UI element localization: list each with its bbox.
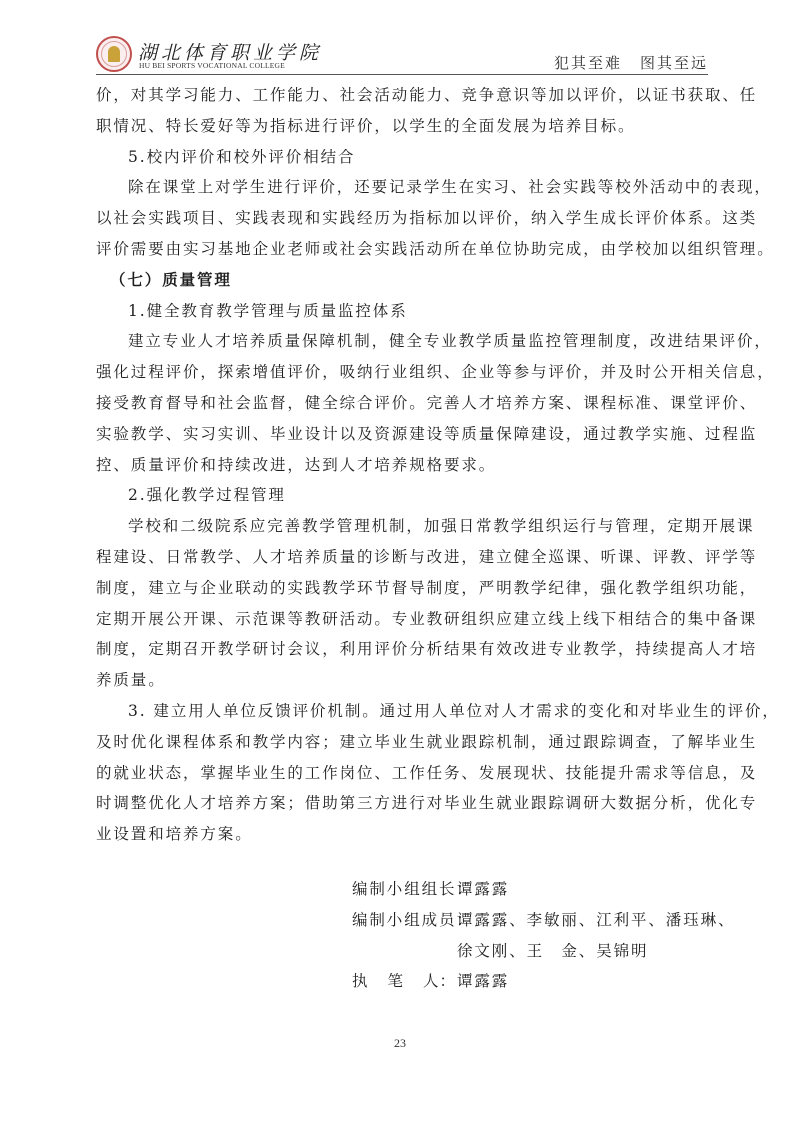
paragraph-line: 除在课堂上对学生进行评价，还要记录学生在实习、社会实践等校外活动中的表现， <box>96 172 708 203</box>
paragraph-line: 以社会实践项目、实践表现和实践经历为指标加以评价，纳入学生成长评价体系。这类 <box>96 203 708 234</box>
document-body: 价，对其学习能力、工作能力、社会活动能力、竞争意识等加以评价，以证书获取、任 职… <box>96 80 708 850</box>
writer-label: 执笔人： <box>352 966 457 997</box>
section-title-quality-management: （七）质量管理 <box>96 265 708 296</box>
leader-label: 编制小组组长： <box>352 874 457 905</box>
subsection-title-2: 2.强化教学过程管理 <box>96 480 708 511</box>
members-label: 编制小组成员： <box>352 905 457 936</box>
signature-block: 编制小组组长：谭露露 编制小组成员：谭露露、李敏丽、江利平、潘珏琳、 徐文刚、王… <box>352 874 735 997</box>
paragraph-line: 价，对其学习能力、工作能力、社会活动能力、竞争意识等加以评价，以证书获取、任 <box>96 80 708 111</box>
writer-label-colon: ： <box>440 972 457 990</box>
leader-name: 谭露露 <box>457 880 509 898</box>
college-emblem-icon <box>96 36 132 72</box>
motto-part-1: 犯其至难 <box>554 54 622 72</box>
subsection-title-5: 5.校内评价和校外评价相结合 <box>96 142 708 173</box>
paragraph-line: 制度，定期召开教学研讨会议，利用评价分析结果有效改进专业教学，持续提高人才培 <box>96 634 708 665</box>
paragraph-line: 时调整优化人才培养方案；借助第三方进行对毕业生就业跟踪调研大数据分析，优化专 <box>96 788 708 819</box>
page-number: 23 <box>0 1036 800 1051</box>
members-row-continued: 徐文刚、王 金、吴锦明 <box>352 936 735 967</box>
paragraph-line: 的就业状态，掌握毕业生的工作岗位、工作任务、发展现状、技能提升需求等信息，及 <box>96 758 708 789</box>
leader-row: 编制小组组长：谭露露 <box>352 874 735 905</box>
paragraph-line: 职情况、特长爱好等为指标进行评价，以学生的全面发展为培养目标。 <box>96 111 708 142</box>
paragraph-line: 及时优化课程体系和教学内容；建立毕业生就业跟踪机制，通过跟踪调查，了解毕业生 <box>96 727 708 758</box>
paragraph-line: 养质量。 <box>96 665 708 696</box>
paragraph-line: 学校和二级院系应完善教学管理机制，加强日常教学组织运行与管理，定期开展课 <box>96 511 708 542</box>
school-name-en: HU BEI SPORTS VOCATIONAL COLLEGE <box>139 61 285 70</box>
paragraph-line: 业设置和培养方案。 <box>96 819 708 850</box>
members-row: 编制小组成员：谭露露、李敏丽、江利平、潘珏琳、 <box>352 905 735 936</box>
members-line-2: 徐文刚、王 金、吴锦明 <box>457 942 648 960</box>
page-header: 湖北体育职业学院 HU BEI SPORTS VOCATIONAL COLLEG… <box>96 36 708 76</box>
motto-part-2: 图其至远 <box>640 54 708 72</box>
writer-row: 执笔人：谭露露 <box>352 966 735 997</box>
header-rule <box>96 74 708 75</box>
paragraph-line: 制度，建立与企业联动的实践教学环节督导制度，严明教学纪律，强化教学组织功能， <box>96 573 708 604</box>
paragraph-line: 评价需要由实习基地企业老师或社会实践活动所在单位协助完成，由学校加以组织管理。 <box>96 234 708 265</box>
paragraph-line: 实验教学、实习实训、毕业设计以及资源建设等质量保障建设，通过教学实施、过程监 <box>96 419 708 450</box>
paragraph-line: 控、质量评价和持续改进，达到人才培养规格要求。 <box>96 450 708 481</box>
paragraph-line: 建立专业人才培养质量保障机制，健全专业教学质量监控管理制度，改进结果评价， <box>96 326 708 357</box>
paragraph-line: 接受教育督导和社会监督，健全综合评价。完善人才培养方案、课程标准、课堂评价、 <box>96 388 708 419</box>
paragraph-line: 定期开展公开课、示范课等教研活动。专业教研组织应建立线上线下相结合的集中备课 <box>96 604 708 635</box>
subsection-title-1: 1.健全教育教学管理与质量监控体系 <box>96 296 708 327</box>
paragraph-line: 强化过程评价，探索增值评价，吸纳行业组织、企业等参与评价，并及时公开相关信息， <box>96 357 708 388</box>
writer-name: 谭露露 <box>457 972 509 990</box>
members-line-1: 谭露露、李敏丽、江利平、潘珏琳、 <box>457 911 735 929</box>
paragraph-line: 程建设、日常教学、人才培养质量的诊断与改进，建立健全巡课、听课、评教、评学等 <box>96 542 708 573</box>
motto: 犯其至难图其至远 <box>554 52 708 73</box>
paragraph-line: 3. 建立用人单位反馈评价机制。通过用人单位对人才需求的变化和对毕业生的评价， <box>96 696 708 727</box>
